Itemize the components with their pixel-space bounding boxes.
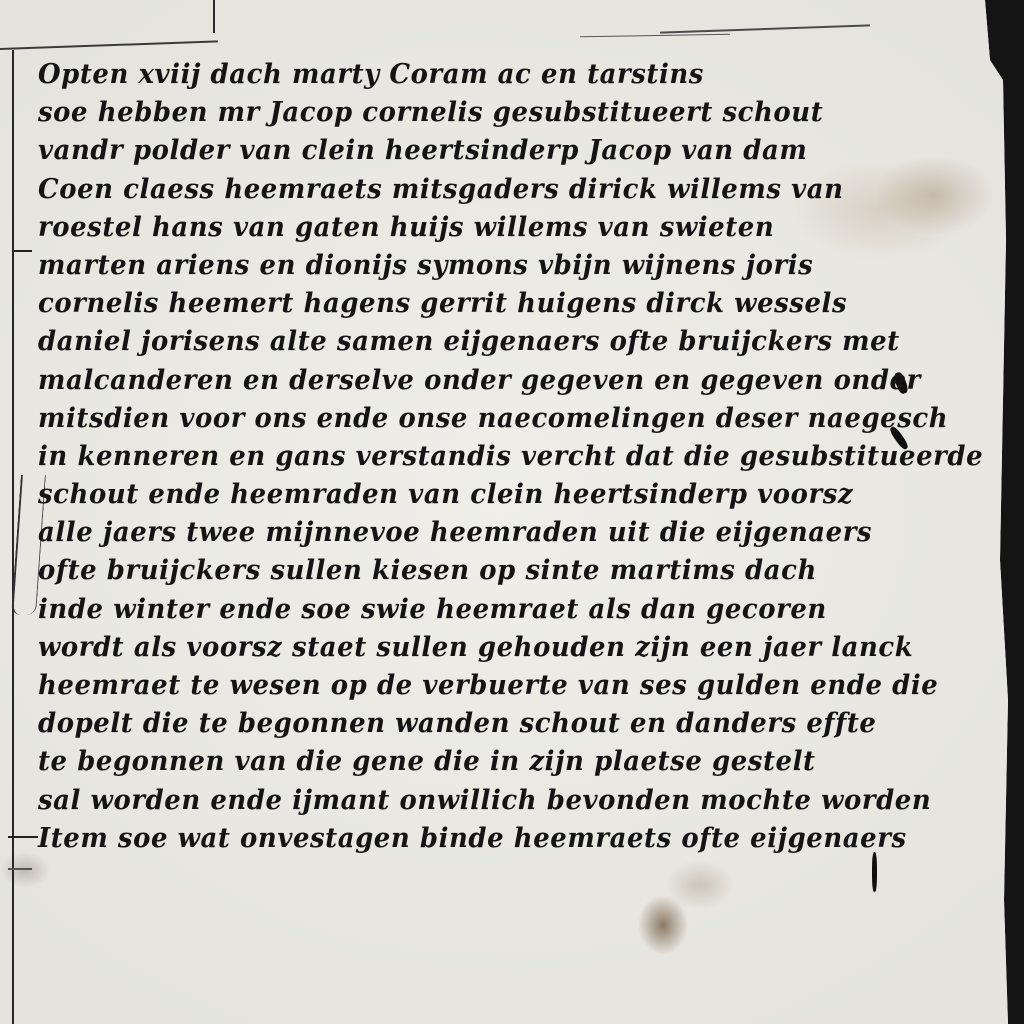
text-line: malcanderen en derselve onder gegeven en… xyxy=(38,362,960,400)
text-line: Coen claess heemraets mitsgaders dirick … xyxy=(38,171,960,209)
margin-rule xyxy=(12,50,14,1024)
text-line: marten ariens en dionijs symons vbijn wi… xyxy=(38,247,960,285)
margin-tick xyxy=(8,868,32,870)
ink-blot xyxy=(872,852,877,892)
text-line: roestel hans van gaten huijs willems van… xyxy=(38,209,960,247)
ruled-line-top-right xyxy=(660,24,870,33)
ruled-line-top-left xyxy=(0,40,218,50)
ruled-line-top-vertical xyxy=(213,0,215,33)
text-line: inde winter ende soe swie heemraet als d… xyxy=(38,591,960,629)
text-line: wordt als voorsz staet sullen gehouden z… xyxy=(38,629,960,667)
margin-tick xyxy=(8,836,38,838)
text-line: Item soe wat onvestagen binde heemraets … xyxy=(38,820,960,858)
manuscript-page: Opten xviij dach marty Coram ac en tarst… xyxy=(0,0,1010,1024)
text-line: alle jaers twee mijnnevoe heemraden uit … xyxy=(38,514,960,552)
text-line: schout ende heemraden van clein heertsin… xyxy=(38,476,960,514)
ruled-line-top-flourish xyxy=(580,34,730,38)
text-line: te begonnen van die gene die in zijn pla… xyxy=(38,743,960,781)
text-line: heemraet te wesen op de verbuerte van se… xyxy=(38,667,960,705)
text-line: ofte bruijckers sullen kiesen op sinte m… xyxy=(38,552,960,590)
text-line: Opten xviij dach marty Coram ac en tarst… xyxy=(38,56,960,94)
text-line: mitsdien voor ons ende onse naecomelinge… xyxy=(38,400,960,438)
margin-tick xyxy=(14,250,32,252)
text-line: in kenneren en gans verstandis vercht da… xyxy=(38,438,960,476)
text-line: dopelt die te begonnen wanden schout en … xyxy=(38,705,960,743)
text-line: daniel jorisens alte samen eijgenaers of… xyxy=(38,323,960,361)
text-line: soe hebben mr Jacop cornelis gesubstitue… xyxy=(38,94,960,132)
text-line: sal worden ende ijmant onwillich bevonde… xyxy=(38,782,960,820)
text-line: vandr polder van clein heertsinderp Jaco… xyxy=(38,132,960,170)
manuscript-text: Opten xviij dach marty Coram ac en tarst… xyxy=(38,56,998,858)
text-line: cornelis heemert hagens gerrit huigens d… xyxy=(38,285,960,323)
